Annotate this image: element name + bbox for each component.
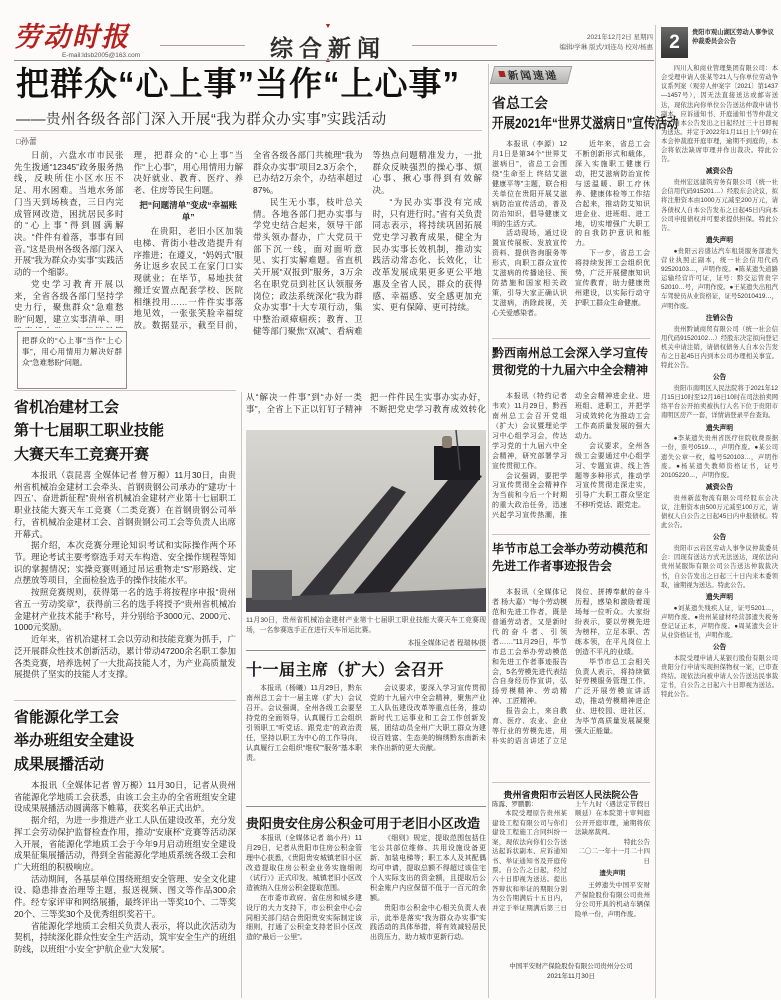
paragraph: 本报讯（全媒体记者 曾万榞）11月30日，记者从贵州省能源化学地质工会获悉，由该… — [14, 780, 236, 815]
worker-figure — [442, 436, 452, 448]
right-article3-title: 毕节市总工会举办劳动模范和先进工作者事迹报告会 — [492, 541, 650, 576]
court-notice-body: 陈露、罗鹏鹏： 本院受理原告贵州某建设工程有限公司与你们建设工程施工合同纠纷一案… — [492, 800, 650, 958]
work-basket — [434, 446, 480, 480]
ad-block-body: ●刘某遗失残疾人证，证号5201…，声明作废。●贵州某建材经营部遗失税务登记证正… — [661, 604, 778, 641]
ad-block-body: 贵州新蓝物流有限公司经股东会决议，注册资本由500万元减至100万元，请债权人自… — [661, 494, 778, 531]
column-divider — [241, 392, 242, 998]
ads-column: 四川人和商业管理集团有限公司：本会受理申请人张某等21人与你单位劳动争议系列案（… — [661, 64, 778, 996]
paragraph: “为民办实事没有完成时，只有进行时。”省有关负责同志表示，将持续巩固拓展党史学习… — [373, 197, 483, 314]
lead-headline: 把群众“心上事”当作“上心事” — [16, 66, 482, 102]
right-article1-title-line2: 开展2021年“世界艾滋病日”宣传活动 — [492, 114, 678, 134]
right-article3-body: 本报讯（全媒体记者 杨大嘉）“每个劳动模范和先进工作者，既是普通劳动者，又是新时… — [492, 588, 650, 776]
paragraph: 据介绍，为进一步推进产业工人队伍建设改革，充分发挥工会劳动保护监督检查作用，推动… — [14, 815, 236, 874]
paragraph: 据介绍，本次竞赛分理论知识考试和实际操作两个环节。理论考试主要考察选手对天车构造… — [14, 540, 236, 587]
newspaper-logo: 劳动时报 — [14, 24, 130, 51]
news-photo — [246, 430, 486, 612]
middle-article2-title: 贵阳贵安住房公积金可用于老旧小区改造 — [246, 813, 486, 832]
news-badge: 新闻速递 — [492, 66, 570, 84]
notice-addressee: 陈露、罗鹏鹏： — [492, 800, 567, 809]
masthead-rule — [14, 60, 654, 61]
paragraph: 活动期间，各基层单位围绕班组安全管理、安全文化建设、隐患排查治理等主题，报送视频… — [14, 874, 236, 921]
paragraph: 本报讯（袁昆喜 全媒体记者 曾万榞）11月30日，由贵州省机械冶金建材工会牵头、… — [14, 470, 236, 540]
ad-block-title: 遗失声明 — [661, 424, 778, 434]
ad-block-title: 公告 — [661, 373, 778, 383]
right-article2-body: 本报讯（特约记者 韦欢）11月29日，黔西南州总工会召开党组（扩大）会议暨理论学… — [492, 392, 650, 528]
paragraph: 在市委市政府、省住房和城乡建设厅的大力支持下，市公积金中心会同相关部门结合贵阳贵… — [246, 894, 362, 944]
machinery — [252, 570, 292, 600]
masthead-dateline: 2021年12月2日 星期四 编辑/学琳 版式/刘连岛 校对/杨惠 — [505, 33, 653, 53]
paragraph: 下一步，省总工会将持续发挥工会组织优势，广泛开展健康知识宣传教育，助力健康贵州建… — [575, 249, 650, 309]
newspaper-page: 劳动时报 E-mail:ldsb2005@163.com ▼ 综合新闻 ▲ 20… — [0, 0, 781, 1000]
paragraph: 近年来，省总工会不断创新形式和载体，深入实施职工健康行动，把艾滋病防治宣传与送温… — [575, 140, 650, 249]
ad-block-body: 贵州黔诚商贸有限公司（统一社会信用代码91520102…）经股东决定拟向登记机关… — [661, 325, 778, 371]
ad-block-title: 遗失声明 — [661, 236, 778, 246]
middle-article1-body: 本报讯（杨曦）11月29日，黔东南州总工会十一届主席（扩大）会议召开。会议强调，… — [246, 684, 486, 802]
divider — [246, 650, 486, 651]
paragraph: 活动现场，通过设置宣传展板、发放宣传资料、提供咨询服务等形式，向职工群众宣传艾滋… — [492, 229, 567, 318]
left-article1-body: 本报讯（袁昆喜 全媒体记者 曾万榞）11月30日，由贵州省机械冶金建材工会牵头、… — [14, 470, 236, 696]
notice-footer: 中国平安财产保险股份有限公司贵州分公司 2021年11月30日 — [492, 962, 650, 983]
paragraph: 本报讯（特约记者 韦欢）11月29日，黔西南州总工会召开党组（扩大）会议暨理论学… — [492, 392, 567, 472]
middle-article2-body: 本报讯（全媒体记者 翁小丹）11月29日，记者从贵阳市住房公积金管理中心获悉，《… — [246, 834, 486, 996]
section-rule-right — [412, 45, 497, 46]
left-article2-title: 省能源化学工会 举办班组安全建设 成果展播活动 — [14, 706, 236, 776]
paragraph: 《细则》规定，提取范围包括住宅公共部位维修、共用设施设备更新、加装电梯等；职工本… — [370, 834, 486, 904]
notice-date: 二〇二一年十一月二十四日 — [575, 847, 650, 866]
divider — [14, 700, 236, 701]
notice-closing: 特此公告 — [575, 838, 650, 847]
paragraph: 把“问题清单”变成“幸福账单” — [134, 200, 244, 223]
ad-block-body: 贵阳市南明区人民法院将于2021年12月15日10时至12月16日10时在司法拍… — [661, 384, 778, 421]
divider — [14, 390, 236, 391]
ad-block-title: 减资公告 — [661, 483, 778, 493]
loss-statement-body: 王婷遗失中国平安财产保险股份有限公司贵州分公司开具的机动车辆保险单一份，声明作废… — [575, 881, 650, 919]
paragraph: 本报讯（李源）12月1日是第34个“世界艾滋病日”，省总工会围绕“生命至上 终结… — [492, 140, 567, 229]
paragraph: 会议要求，要深入学习宣传贯彻党的十九届六中全会精神，聚焦产业工人队伍建设改革等重… — [370, 684, 486, 754]
divider — [246, 806, 486, 807]
left-article2-body: 本报讯（全媒体记者 曾万榞）11月30日，记者从贵州省能源化学地质工会获悉，由该… — [14, 780, 236, 996]
photo-credit: 本报全媒体记者 程瑞林/摄 — [246, 637, 486, 647]
paragraph: 本报讯（全媒体记者 翁小丹）11月29日，记者从贵阳市住房公积金管理中心获悉，《… — [246, 834, 362, 894]
left-article1-title: 省机冶建材工会 第十七届职工职业技能 大赛天车工竞赛开赛 — [14, 396, 236, 466]
paragraph: 毕节市总工会相关负责人表示，将持续做好劳模服务管理工作，广泛开展劳模宣讲活动，推… — [575, 658, 650, 738]
badge-red-square-icon — [498, 71, 505, 77]
lead-rule — [14, 130, 482, 131]
ad-block-title: 公告 — [661, 533, 778, 543]
paragraph: 本报讯（杨曦）11月29日，黔东南州总工会十一届主席（扩大）会议召开。会议强调，… — [246, 684, 362, 764]
paragraph: 省能源化学地质工会相关负责人表示，将以此次活动为契机，持续深化群众性安全生产活动… — [14, 921, 236, 956]
ads-column-divider — [655, 25, 656, 998]
ads-top-title: 贵阳市观山湖区劳动人事争议仲裁委员会公告 — [692, 28, 778, 60]
ad-block-title: 注销公告 — [661, 314, 778, 324]
paragraph: 近年来，省机冶建材工会以劳动和技能竞赛为抓手，广泛开展群众性技术创新活动，累计带… — [14, 634, 236, 681]
ad-block-body: 本院受理申请人某银行股份有限公司贵阳分行申请实现担保物权一案，已审查终结。现依法… — [661, 654, 778, 700]
badge-label: 新闻速递 — [506, 68, 560, 83]
photo-caption: 11月30日，贵州省机械冶金建材产业第十七届职工职业技能大赛天车工竞赛现场，一名… — [246, 616, 486, 636]
ad-block-body: 贵州宏远建筑劳务有限公司（统一社会信用代码915201…）经股东会决议，拟将注册… — [661, 178, 778, 233]
lead-body-continuation: 从“解决一件事”到“办好一类事”，全省上下正以钉钉子精神把一件件民生实事办实办好… — [246, 392, 486, 426]
ad-block-title: 减资公告 — [661, 167, 778, 177]
issue-credits: 编辑/学琳 版式/刘连岛 校对/杨惠 — [505, 43, 653, 53]
paragraph: 贵阳市公积金中心相关负责人表示，此举是落实“我为群众办实事”实践活动的具体举措，… — [370, 904, 486, 944]
issue-date: 2021年12月2日 星期四 — [505, 33, 653, 43]
paragraph: 会议要求，全州各级工会要通过中心组学习、专题宣讲、线上答题等多种形式，推动学习宣… — [575, 442, 650, 512]
ad-block-body: 四川人和商业管理集团有限公司：本会受理申请人张某等21人与你单位劳动争议系列案（… — [661, 64, 778, 164]
lead-byline: □孙蕾 — [16, 136, 37, 147]
loss-statement-title: 遗失声明 — [575, 869, 650, 878]
column-divider — [488, 64, 489, 998]
right-article1-title: 省总工会 开展2021年“世界艾滋病日”宣传活动 — [492, 94, 652, 133]
ad-block-title: 遗失声明 — [661, 593, 778, 603]
divider — [492, 534, 650, 535]
paragraph: 日前，六盘水市市民张先生拨通“12345”政务服务热线，反映所住小区水压不足、用… — [14, 150, 124, 279]
page-number-box: 2 — [661, 27, 688, 58]
paragraph: 本报讯（全媒体记者 杨大嘉）“每个劳动模范和先进工作者，既是普通劳动者，又是新时… — [492, 588, 567, 707]
paragraph: 按照竞赛规则，获得第一名的选手将按程序申报“贵州省五一劳动奖章”，获得前三名的选… — [14, 587, 236, 634]
ad-block-body: ●贵阳云岩盛达汽车租赁服务部遗失营业执照正副本，统一社会信用代码92520103… — [661, 247, 778, 311]
lead-subheadline: ——贵州各级各部门深入开展“我为群众办实事”实践活动 — [16, 108, 482, 129]
ad-block-title: 公告 — [661, 643, 778, 653]
ad-block-body: ●李某遗失贵州省医疗住院收费票据一份，票号0519…，声明作废。●某公司遗失公章… — [661, 434, 778, 480]
divider — [492, 782, 650, 783]
middle-article1-title: 十一届主席（扩大）会召开 — [246, 657, 486, 680]
right-article2-title: 黔西南州总工会深入学习宣传贯彻党的十九届六中全会精神 — [492, 345, 650, 380]
divider — [492, 338, 650, 339]
masthead-email: E-mail:ldsb2005@163.com — [62, 52, 140, 59]
triangle-down-icon: ▼ — [308, 23, 348, 30]
right-article1-body: 本报讯（李源）12月1日是第34个“世界艾滋病日”，省总工会围绕“生命至上 终结… — [492, 140, 650, 332]
notice-footer-org: 中国平安财产保险股份有限公司贵州分公司 — [492, 962, 650, 972]
section-rule-left — [160, 45, 245, 46]
ad-block-body: 贵阳市云岩区劳动人事争议仲裁委员会：因现有送达方式无法送达，现依法向贵州某服饰有… — [661, 544, 778, 590]
notice-footer-date: 2021年11月30日 — [492, 972, 650, 982]
right-article1-title-line1: 省总工会 — [492, 94, 652, 114]
lead-note-box: 把群众的“心上事”当作“上心事”，用心用情用力解决好群众“急难愁盼”问题。 — [17, 331, 127, 389]
